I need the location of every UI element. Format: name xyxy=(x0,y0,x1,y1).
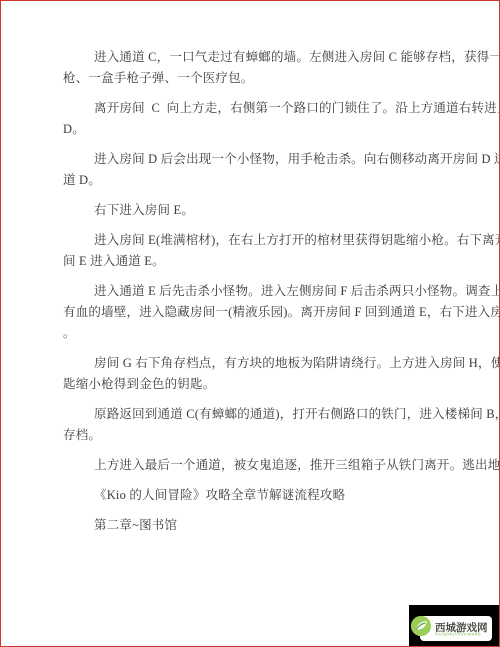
article-page: 进入通道 C，一口气走过有蟑螂的墙。左侧进入房间 C 能够存档，获得一把手枪、一… xyxy=(0,0,500,647)
paragraph: 第二章~图书馆 xyxy=(63,515,445,536)
paragraph: 进入通道 E 后先击杀小怪物。进入左侧房间 F 后击杀两只小怪物。调查上方有血的… xyxy=(63,281,445,344)
article-body: 进入通道 C，一口气走过有蟑螂的墙。左侧进入房间 C 能够存档，获得一把手枪、一… xyxy=(63,47,445,545)
paragraph: 房间 G 右下角存档点，有方块的地板为陷阱请绕行。上方进入房间 H，使用钥匙缩小… xyxy=(63,353,445,395)
site-tagline: XICHENGYOUXIWANG xyxy=(435,633,481,637)
paragraph: 离开房间 C 向上方走，右侧第一个路口的门锁住了。沿上方通道右转进入房间D。 xyxy=(63,98,445,140)
text-line: 离开房间 C 向上方走，右侧第一个路口的门锁住了。沿上方通道右转进入房间 xyxy=(63,98,445,119)
text-line: 进入通道 E 后先击杀小怪物。进入左侧房间 F 后击杀两只小怪物。调查上方 xyxy=(63,281,445,302)
text-line: 上方进入最后一个通道，被女鬼追逐，推开三组箱子从铁门离开。逃出地牢。 xyxy=(63,455,445,476)
text-line: 有血的墙壁，进入隐藏房间一(精液乐园)。离开房间 F 回到通道 E，右下进入房间… xyxy=(63,302,445,323)
paragraph: 进入房间 D 后会出现一个小怪物，用手枪击杀。向右侧移动离开房间 D 进入通道 … xyxy=(63,149,445,191)
site-watermark: 西城游戏网 XICHENGYOUXIWANG xyxy=(409,605,499,646)
paragraph: 原路返回到通道 C(有蟑螂的通道)，打开右侧路口的铁门，进入楼梯间 B，能够存档… xyxy=(63,404,445,446)
paragraph: 进入房间 E(堆满棺材)，在右上方打开的棺材里获得钥匙缩小枪。右下离开房间 E … xyxy=(63,230,445,272)
text-line: 枪、一盒手枪子弹、一个医疗包。 xyxy=(63,68,445,89)
text-line: 进入房间 E(堆满棺材)，在右上方打开的棺材里获得钥匙缩小枪。右下离开房 xyxy=(63,230,445,251)
text-line: 右下进入房间 E。 xyxy=(63,200,445,221)
text-line: 房间 G 右下角存档点，有方块的地板为陷阱请绕行。上方进入房间 H，使用钥 xyxy=(63,353,445,374)
text-line: 第二章~图书馆 xyxy=(63,515,445,536)
paragraph: 进入通道 C，一口气走过有蟑螂的墙。左侧进入房间 C 能够存档，获得一把手枪、一… xyxy=(63,47,445,89)
text-line: 进入通道 C，一口气走过有蟑螂的墙。左侧进入房间 C 能够存档，获得一把手 xyxy=(63,47,445,68)
text-line: 原路返回到通道 C(有蟑螂的通道)，打开右侧路口的铁门，进入楼梯间 B，能够 xyxy=(63,404,445,425)
text-line: 《Kio 的人间冒险》攻略全章节解谜流程攻略 xyxy=(63,485,445,506)
text-line: 匙缩小枪得到金色的钥匙。 xyxy=(63,374,445,395)
text-line: 存档。 xyxy=(63,425,445,446)
text-line: D。 xyxy=(63,119,445,140)
paragraph: 《Kio 的人间冒险》攻略全章节解谜流程攻略 xyxy=(63,485,445,506)
text-line: 间 E 进入通道 E。 xyxy=(63,251,445,272)
paragraph: 上方进入最后一个通道，被女鬼追逐，推开三组箱子从铁门离开。逃出地牢。 xyxy=(63,455,445,476)
text-line: 。 xyxy=(63,323,445,344)
site-logo-icon xyxy=(410,615,432,637)
paragraph: 右下进入房间 E。 xyxy=(63,200,445,221)
text-line: 进入房间 D 后会出现一个小怪物，用手枪击杀。向右侧移动离开房间 D 进入通 xyxy=(63,149,445,170)
text-line: 道 D。 xyxy=(63,170,445,191)
